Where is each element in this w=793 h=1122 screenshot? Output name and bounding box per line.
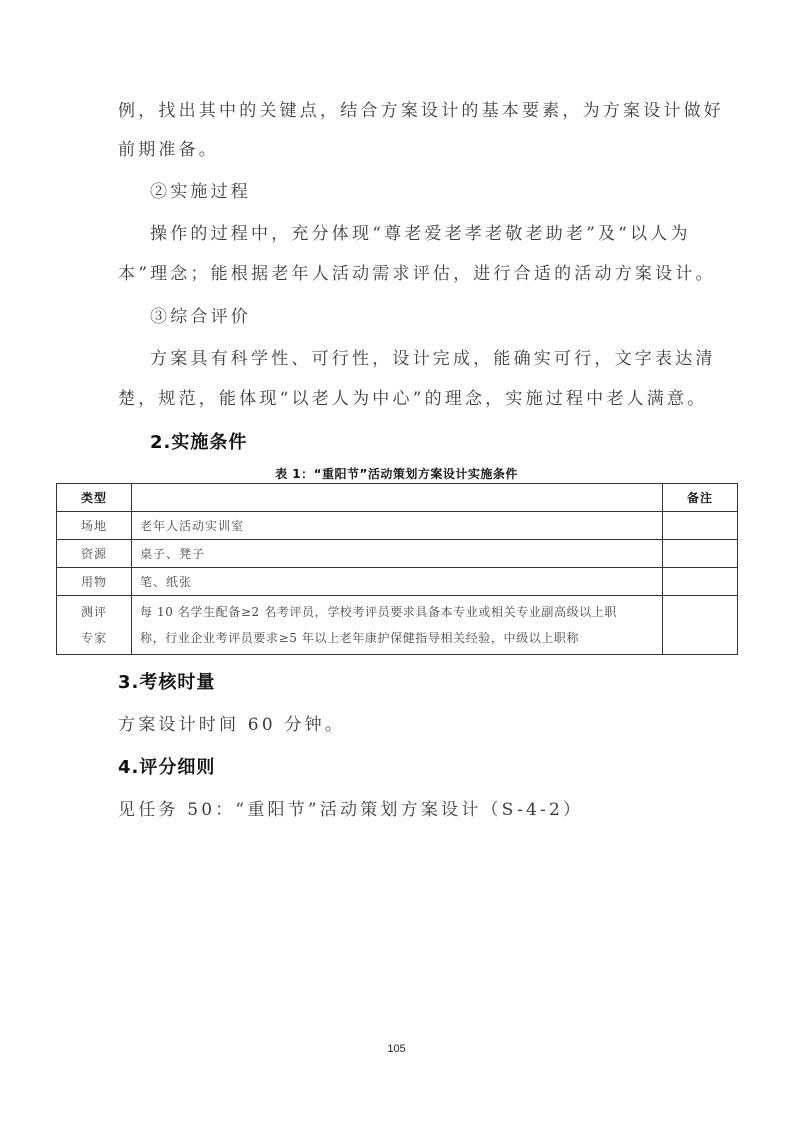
cell-content-line: 称，行业企业考评员要求≥5 年以上老年康护保健指导相关经验，中级以上职称 [140,625,654,651]
text-line: 前期准备。 [118,135,219,160]
table-row: 场地 老年人活动实训室 [57,512,738,540]
cell-type: 场地 [57,512,132,540]
header-content [132,484,663,512]
table-caption: 表 1：“重阳节”活动策划方案设计实施条件 [0,465,793,482]
subsection-title-process: ②实施过程 [150,177,251,202]
text-line: 楚，规范，能体现“以老人为中心”的理念，实施过程中老人满意。 [118,384,707,409]
cell-type-line: 测评 [65,599,123,625]
section-heading-duration: 3.考核时量 [118,668,215,694]
cell-content-line: 每 10 名学生配备≥2 名考评员，学校考评员要求具备本专业或相关专业副高级以上… [140,599,654,625]
table-row: 用物 笔、纸张 [57,568,738,596]
cell-note [663,512,738,540]
page-number: 105 [0,1043,793,1055]
text-line: 操作的过程中，充分体现“尊老爱老孝老敬老助老”及“以人为 [150,219,691,244]
conditions-table: 类型 备注 场地 老年人活动实训室 资源 桌子、凳子 用物 笔、纸张 测评 专家… [56,483,738,655]
cell-note [663,540,738,568]
cell-type: 测评 专家 [57,596,132,655]
cell-type: 用物 [57,568,132,596]
cell-note [663,568,738,596]
subsection-title-evaluation: ③综合评价 [150,302,251,327]
table-header-row: 类型 备注 [57,484,738,512]
scoring-text: 见任务 50：“重阳节”活动策划方案设计（S-4-2） [118,795,583,820]
text-line: 本”理念；能根据老年人活动需求评估，进行合适的活动方案设计。 [118,259,716,284]
header-type: 类型 [57,484,132,512]
section-heading-conditions: 2.实施条件 [150,428,247,454]
table-row: 资源 桌子、凳子 [57,540,738,568]
cell-type: 资源 [57,540,132,568]
duration-text: 方案设计时间 60 分钟。 [118,710,345,735]
table-row: 测评 专家 每 10 名学生配备≥2 名考评员，学校考评员要求具备本专业或相关专… [57,596,738,655]
section-heading-scoring: 4.评分细则 [118,753,215,779]
text-line: 方案具有科学性、可行性，设计完成，能确实可行，文字表达清 [150,344,716,369]
header-note: 备注 [663,484,738,512]
text-line: 例，找出其中的关键点，结合方案设计的基本要素，为方案设计做好 [118,96,724,121]
cell-content: 每 10 名学生配备≥2 名考评员，学校考评员要求具备本专业或相关专业副高级以上… [132,596,663,655]
cell-type-line: 专家 [65,625,123,651]
cell-content: 老年人活动实训室 [132,512,663,540]
cell-note [663,596,738,655]
cell-content: 桌子、凳子 [132,540,663,568]
cell-content: 笔、纸张 [132,568,663,596]
